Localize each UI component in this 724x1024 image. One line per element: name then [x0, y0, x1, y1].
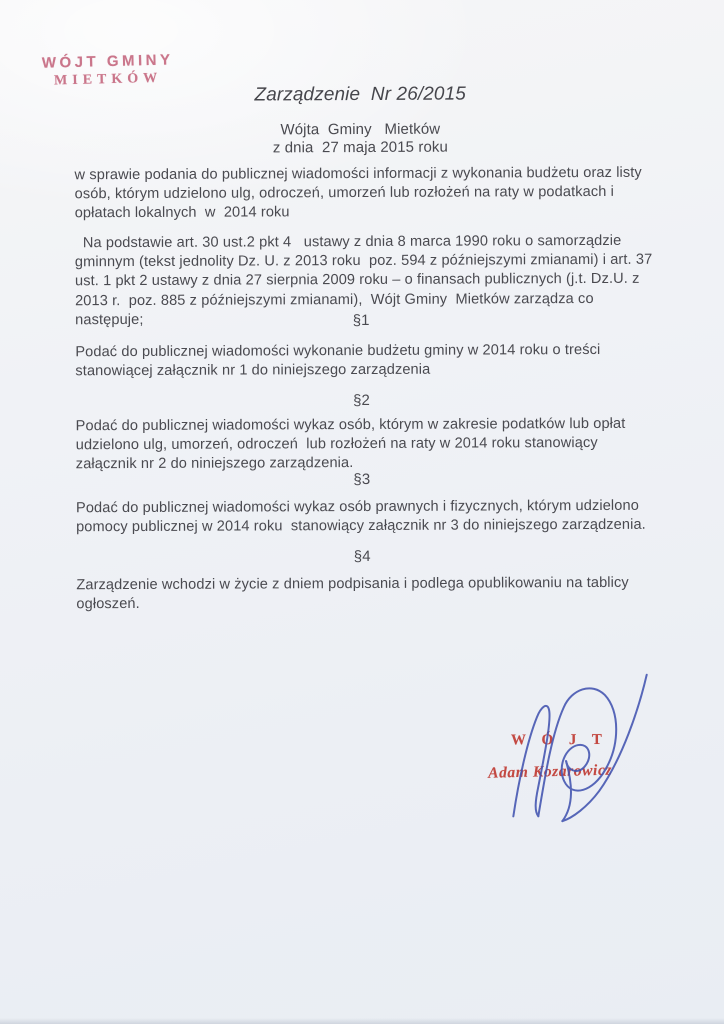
signer-name-stamp: Adam Kozarowicz [488, 762, 612, 783]
section-4-paragraph: Zarządzenie wchodzi w życie z dniem podp… [76, 574, 658, 615]
document-title: Zarządzenie Nr 26/2015 [0, 83, 722, 105]
section-4-heading: §4 [0, 545, 724, 567]
scan-bottom-edge [0, 1018, 724, 1024]
section-3-paragraph: Podać do publicznej wiadomości wykaz osó… [76, 497, 658, 538]
section-3-heading: §3 [0, 468, 724, 490]
document-content: WÓJT GMINY MIETKÓW Zarządzenie Nr 26/201… [0, 0, 724, 1024]
date-line: z dnia 27 maja 2015 roku [0, 136, 722, 158]
section-2-heading: §2 [0, 389, 724, 411]
section-1-paragraph: Podać do publicznej wiadomości wykonanie… [75, 341, 657, 382]
section-2-paragraph: Podać do publicznej wiadomości wykaz osó… [76, 415, 658, 475]
municipal-office-stamp: WÓJT GMINY MIETKÓW [42, 51, 175, 89]
scanned-document-page: WÓJT GMINY MIETKÓW Zarządzenie Nr 26/201… [0, 0, 724, 1024]
stamp-line-1: WÓJT GMINY [42, 51, 174, 71]
subject-paragraph: w sprawie podania do publicznej wiadomoś… [74, 164, 656, 224]
signature-area: W Ó J T Adam Kozarowicz [471, 649, 702, 835]
signer-role-stamp: W Ó J T [511, 732, 608, 749]
section-1-heading: §1 [0, 309, 723, 331]
